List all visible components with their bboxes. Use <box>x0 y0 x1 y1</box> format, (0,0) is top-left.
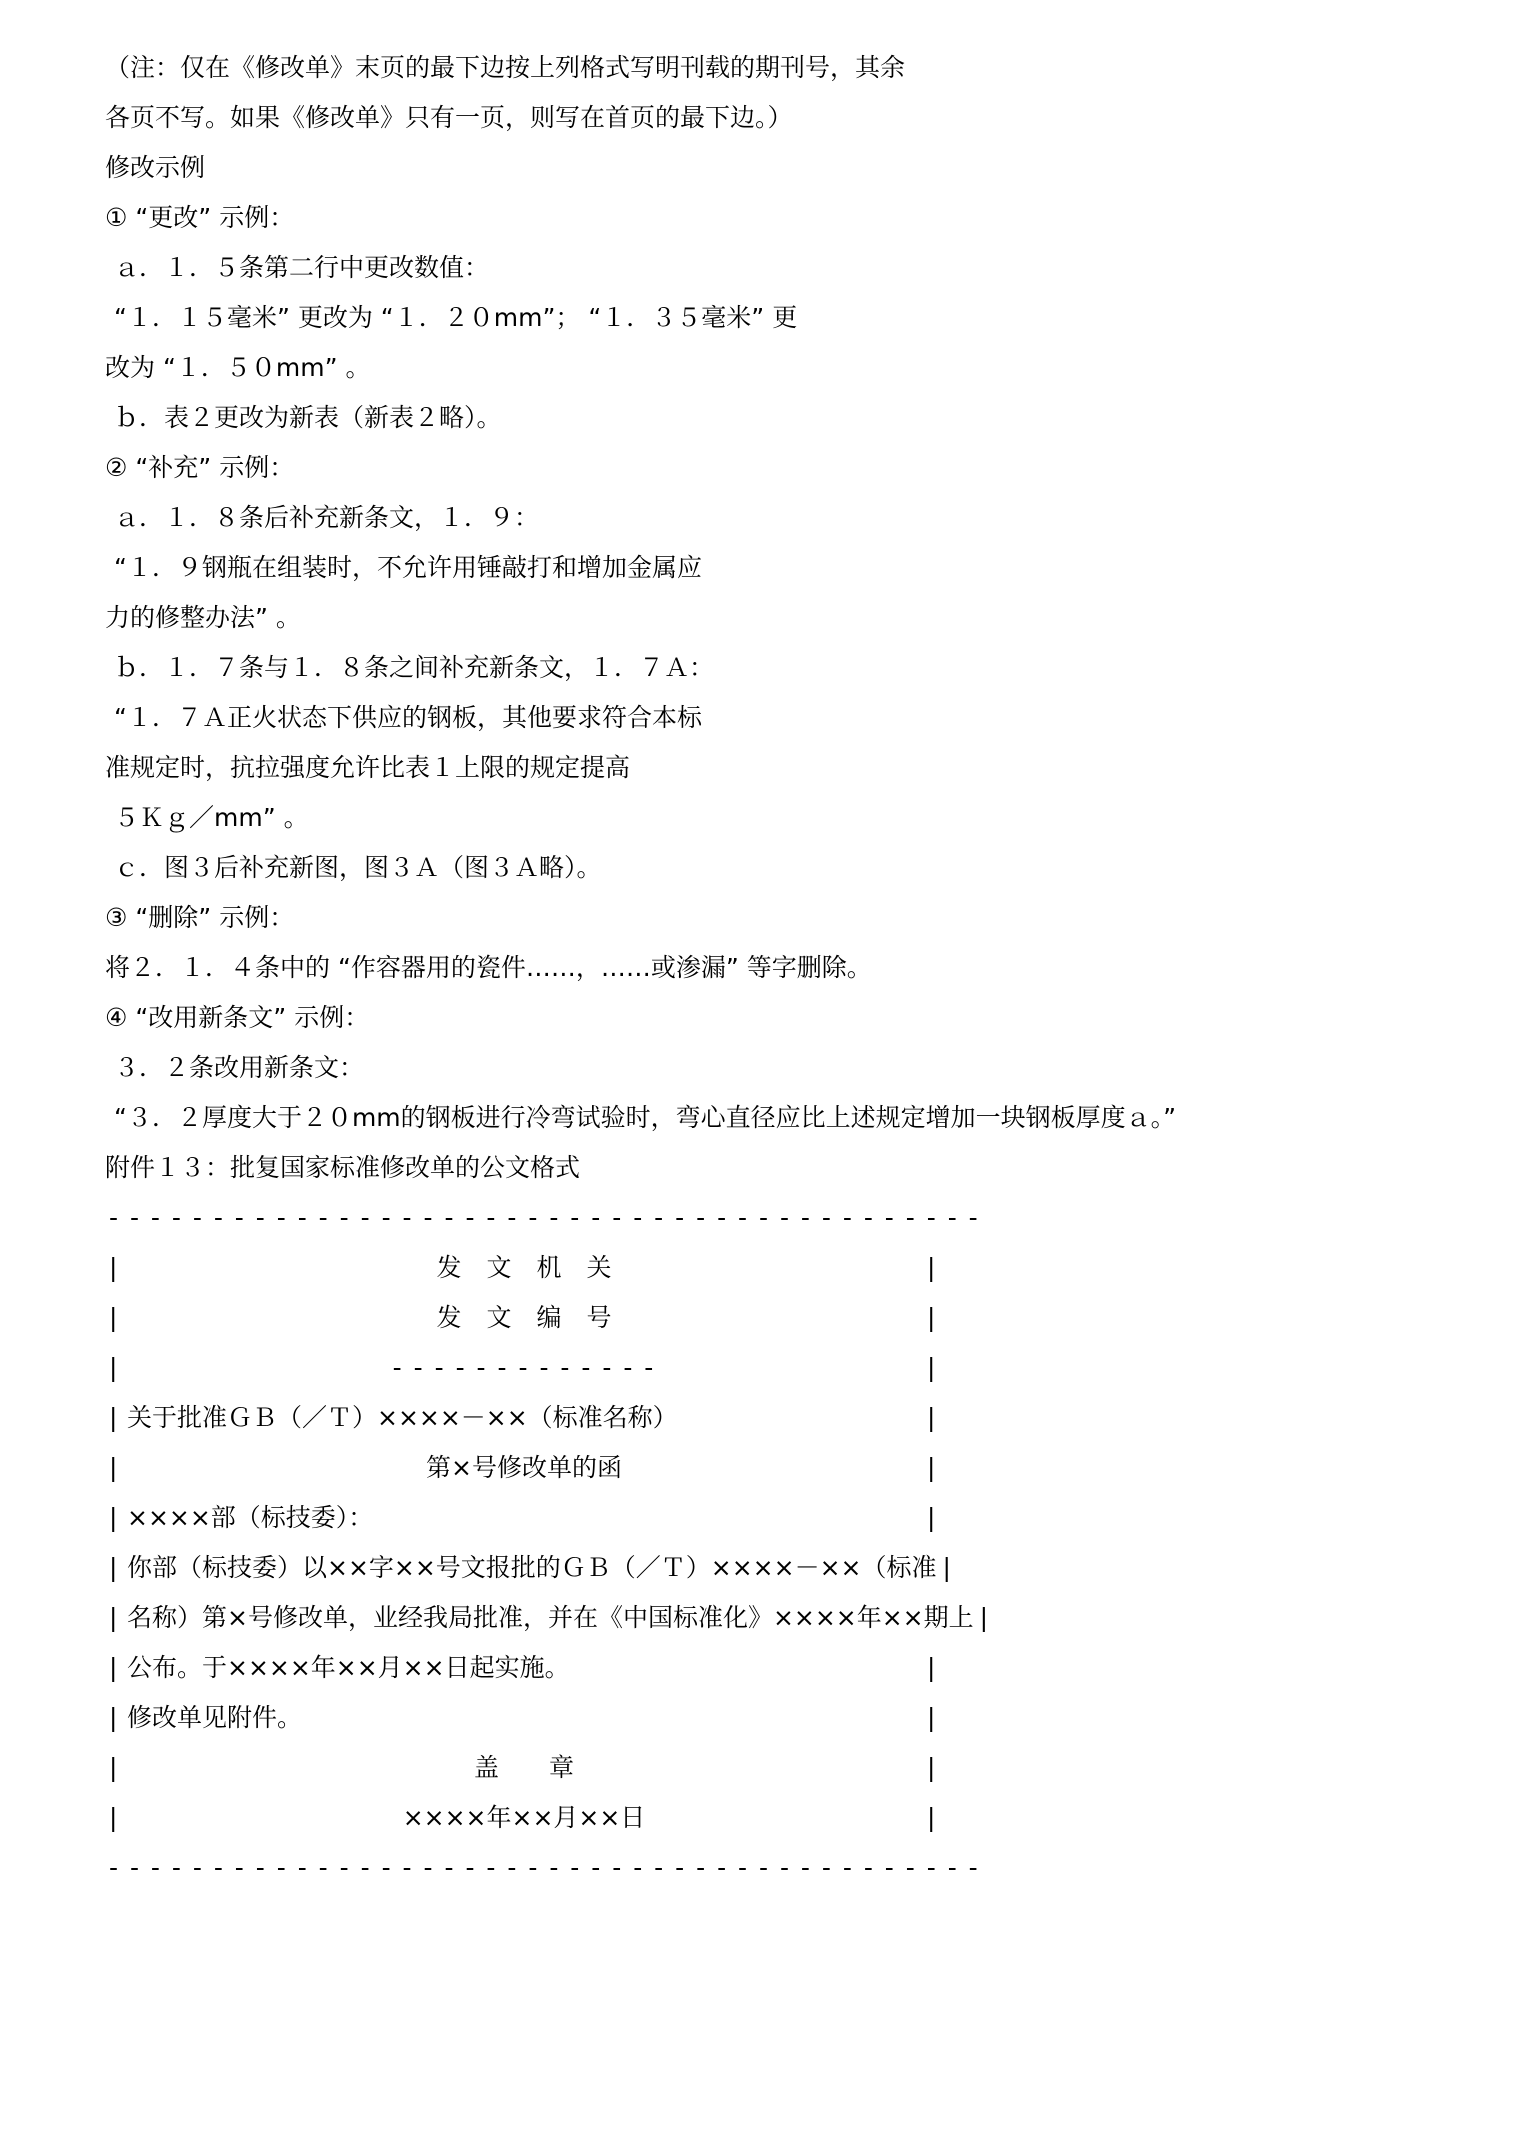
right-border-pipe: | <box>927 1243 939 1293</box>
text-line: ② “补充” 示例： <box>105 443 1480 493</box>
official-letter-box: - - - - - - - - - - - - - - - - - - - - … <box>109 1193 939 1893</box>
attachment-note-line: 修改单见附件。 <box>121 1693 927 1743</box>
document-content: （注：仅在《修改单》末页的最下边按上列格式写明刊载的期刊号，其余各页不写。如果《… <box>0 0 1520 1893</box>
left-border-pipe: | <box>109 1793 121 1843</box>
text-line: 修改示例 <box>105 143 1480 193</box>
text-line: “１．７Ａ正火状态下供应的钢板，其他要求符合本标 <box>105 693 1480 743</box>
right-border-pipe: | <box>927 1793 939 1843</box>
subject-line-2: 第×号修改单的函 <box>121 1443 927 1493</box>
seal-line: 盖 章 <box>121 1743 927 1793</box>
left-border-pipe: | <box>109 1343 121 1393</box>
box-row: |××××部（标技委）：| <box>109 1493 939 1543</box>
text-line: ａ．１．８条后补充新条文，１．９： <box>105 493 1480 543</box>
box-row: |公布。于××××年××月××日起实施。| <box>109 1643 939 1693</box>
right-border-pipe: | <box>927 1643 939 1693</box>
issuing-authority-line: 发 文 机 关 <box>121 1243 927 1293</box>
box-row: |发 文 编 号| <box>109 1293 939 1343</box>
left-border-pipe: | <box>109 1693 121 1743</box>
box-bottom-border: - - - - - - - - - - - - - - - - - - - - … <box>109 1843 939 1893</box>
text-line: ３．２条改用新条文： <box>105 1043 1480 1093</box>
box-rows: |发 文 机 关||发 文 编 号||- - - - - - - - - - -… <box>109 1243 939 1843</box>
text-line: 将２．１．４条中的 “作容器用的瓷件……，……或渗漏” 等字删除。 <box>105 943 1480 993</box>
right-border-pipe: | <box>980 1593 992 1643</box>
right-border-pipe: | <box>927 1343 939 1393</box>
text-line: ａ．１．５条第二行中更改数值： <box>105 243 1480 293</box>
text-line: 附件１３：批复国家标准修改单的公文格式 <box>105 1143 1480 1193</box>
right-border-pipe: | <box>927 1493 939 1543</box>
box-row: |第×号修改单的函| <box>109 1443 939 1493</box>
box-row: |- - - - - - - - - - - - -| <box>109 1343 939 1393</box>
left-border-pipe: | <box>109 1243 121 1293</box>
text-line: 改为 “１．５０mm” 。 <box>105 343 1480 393</box>
text-line: 准规定时，抗拉强度允许比表１上限的规定提高 <box>105 743 1480 793</box>
left-border-pipe: | <box>109 1393 121 1443</box>
text-line: ③ “删除” 示例： <box>105 893 1480 943</box>
body-line-2: 名称）第×号修改单，业经我局批准，并在《中国标准化》××××年××期上 <box>121 1593 980 1643</box>
right-border-pipe: | <box>927 1393 939 1443</box>
box-row: |盖 章| <box>109 1743 939 1793</box>
left-border-pipe: | <box>109 1443 121 1493</box>
box-row: |修改单见附件。| <box>109 1693 939 1743</box>
left-border-pipe: | <box>109 1743 121 1793</box>
text-line: “１．９钢瓶在组装时，不允许用锤敲打和增加金属应 <box>105 543 1480 593</box>
box-row: |名称）第×号修改单，业经我局批准，并在《中国标准化》××××年××期上| <box>109 1593 939 1643</box>
left-border-pipe: | <box>109 1543 121 1593</box>
text-line: ｂ．表２更改为新表（新表２略）。 <box>105 393 1480 443</box>
right-border-pipe: | <box>927 1443 939 1493</box>
right-border-pipe: | <box>927 1743 939 1793</box>
left-border-pipe: | <box>109 1293 121 1343</box>
body-line-1: 你部（标技委）以××字××号文报批的ＧＢ（／Ｔ）××××－××（标准 <box>121 1543 942 1593</box>
box-row: |××××年××月××日| <box>109 1793 939 1843</box>
left-border-pipe: | <box>109 1593 121 1643</box>
left-border-pipe: | <box>109 1643 121 1693</box>
document-page: （注：仅在《修改单》末页的最下边按上列格式写明刊载的期刊号，其余各页不写。如果《… <box>0 0 1520 2150</box>
text-line: ｃ．图３后补充新图，图３Ａ（图３Ａ略）。 <box>105 843 1480 893</box>
left-border-pipe: | <box>109 1493 121 1543</box>
text-line: （注：仅在《修改单》末页的最下边按上列格式写明刊载的期刊号，其余 <box>105 43 1480 93</box>
text-line: 各页不写。如果《修改单》只有一页，则写在首页的最下边。） <box>105 93 1480 143</box>
text-line: ④ “改用新条文” 示例： <box>105 993 1480 1043</box>
box-top-border: - - - - - - - - - - - - - - - - - - - - … <box>109 1193 939 1243</box>
date-line: ××××年××月××日 <box>121 1793 927 1843</box>
box-row: |你部（标技委）以××字××号文报批的ＧＢ（／Ｔ）××××－××（标准| <box>109 1543 939 1593</box>
text-line: “３．２厚度大于２０mm的钢板进行冷弯试验时，弯心直径应比上述规定增加一块钢板厚… <box>105 1093 1480 1143</box>
text-line: ｂ．１．７条与１．８条之间补充新条文，１．７Ａ： <box>105 643 1480 693</box>
subject-line-1: 关于批准ＧＢ（／Ｔ）××××－××（标准名称） <box>121 1393 927 1443</box>
addressee-line: ××××部（标技委）： <box>121 1493 927 1543</box>
box-row: |关于批准ＧＢ（／Ｔ）××××－××（标准名称）| <box>109 1393 939 1443</box>
text-line: ① “更改” 示例： <box>105 193 1480 243</box>
right-border-pipe: | <box>927 1293 939 1343</box>
document-number-line: 发 文 编 号 <box>121 1293 927 1343</box>
inner-divider-line: - - - - - - - - - - - - - <box>121 1343 927 1393</box>
body-line-3: 公布。于××××年××月××日起实施。 <box>121 1643 927 1693</box>
right-border-pipe: | <box>942 1543 954 1593</box>
text-line: ５Ｋｇ／mm” 。 <box>105 793 1480 843</box>
text-line: 力的修整办法” 。 <box>105 593 1480 643</box>
right-border-pipe: | <box>927 1693 939 1743</box>
text-line: “１．１５毫米” 更改为 “１．２０mm”； “１．３５毫米” 更 <box>105 293 1480 343</box>
document-body: （注：仅在《修改单》末页的最下边按上列格式写明刊载的期刊号，其余各页不写。如果《… <box>105 43 1480 1193</box>
box-row: |发 文 机 关| <box>109 1243 939 1293</box>
